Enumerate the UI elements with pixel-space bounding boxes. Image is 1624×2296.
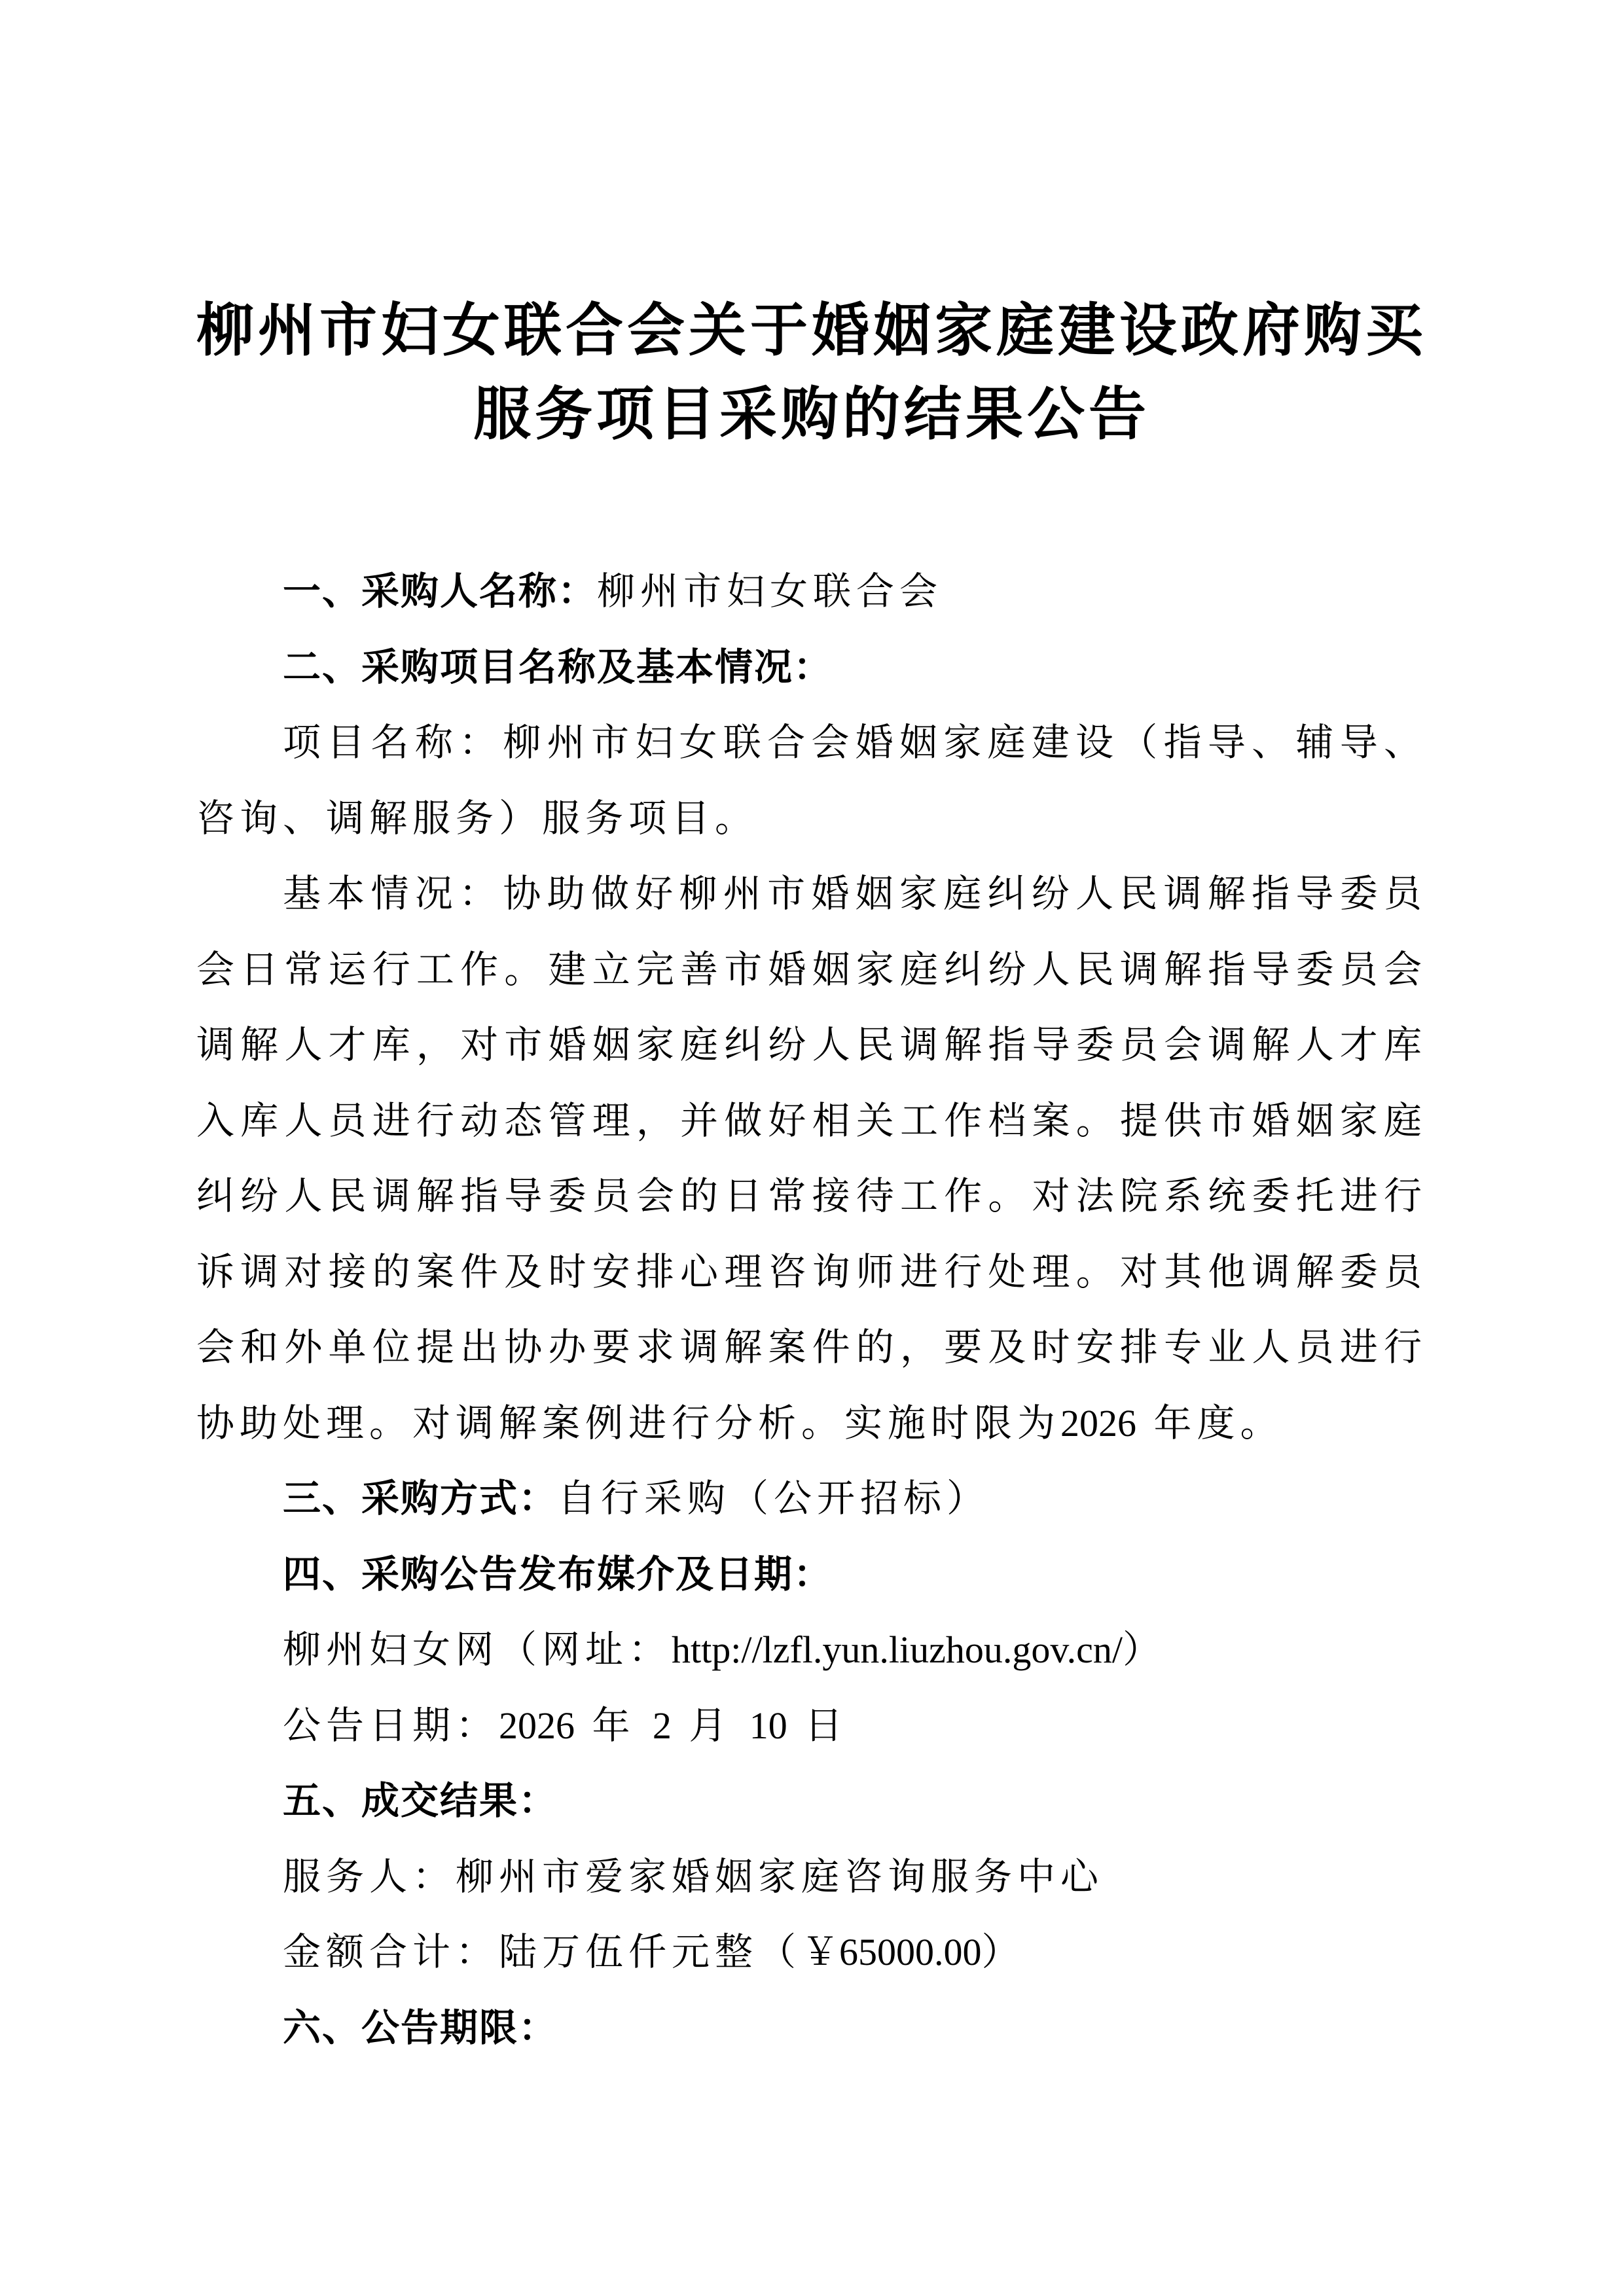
method-label: 三、采购方式： <box>283 1476 558 1520</box>
date-year: 2026 <box>499 1704 575 1747</box>
media-heading-label: 四、采购公告发布媒介及日期： <box>283 1552 833 1596</box>
provider-label: 服务人： <box>283 1854 456 1899</box>
amount-words: 陆万伍仟元整（ <box>499 1929 801 1974</box>
media-suffix: ） <box>1123 1627 1166 1672</box>
basic-info-suffix: 年度。 <box>1153 1401 1283 1445</box>
project-name-label: 项目名称： <box>283 720 503 764</box>
project-name-paragraph: 项目名称：柳州市妇女联合会婚姻家庭建设（指导、辅导、咨询、调解服务）服务项目。 <box>196 705 1427 856</box>
purchaser-value: 柳州市妇女联合会 <box>597 569 943 613</box>
date-day: 10 <box>749 1704 787 1747</box>
title-line-2: 服务项目采购的结果公告 <box>196 372 1427 456</box>
provider-paragraph: 服务人：柳州市爱家婚姻家庭咨询服务中心 <box>196 1839 1427 1915</box>
date-month: 2 <box>653 1704 672 1747</box>
date-month-unit: 月 <box>689 1703 732 1748</box>
basic-info-year: 2026 <box>1060 1402 1136 1444</box>
amount-close: ） <box>982 1929 1025 1974</box>
media-prefix: 柳州妇女网（网址： <box>283 1627 672 1672</box>
section-purchaser: 一、采购人名称：柳州市妇女联合会 <box>196 554 1427 630</box>
section-result-heading: 五、成交结果： <box>196 1763 1427 1839</box>
title-line-1: 柳州市妇女联合会关于婚姻家庭建设政府购买 <box>196 288 1427 372</box>
period-heading-label: 六、公告期限： <box>283 2005 558 2050</box>
media-paragraph: 柳州妇女网（网址：http://lzfl.yun.liuzhou.gov.cn/… <box>196 1612 1427 1688</box>
basic-info-value: 协助做好柳州市婚姻家庭纠纷人民调解指导委员会日常运行工作。建立完善市婚姻家庭纠纷… <box>196 871 1427 1445</box>
provider-value: 柳州市爱家婚姻家庭咨询服务中心 <box>456 1854 1104 1899</box>
project-heading-label: 二、采购项目名称及基本情况： <box>283 645 833 689</box>
amount-paragraph: 金额合计：陆万伍仟元整（￥65000.00） <box>196 1914 1427 1990</box>
purchaser-label: 一、采购人名称： <box>283 569 597 613</box>
date-day-unit: 日 <box>804 1703 848 1748</box>
document-page: 柳州市妇女联合会关于婚姻家庭建设政府购买 服务项目采购的结果公告 一、采购人名称… <box>0 0 1624 2296</box>
amount-label: 金额合计： <box>283 1929 499 1974</box>
method-value: 自行采购（公开招标） <box>558 1476 990 1520</box>
document-title: 柳州市妇女联合会关于婚姻家庭建设政府购买 服务项目采购的结果公告 <box>196 288 1427 456</box>
section-project-heading: 二、采购项目名称及基本情况： <box>196 630 1427 706</box>
amount-figure: ￥65000.00 <box>801 1931 982 1973</box>
result-heading-label: 五、成交结果： <box>283 1778 558 1823</box>
section-method: 三、采购方式：自行采购（公开招标） <box>196 1461 1427 1537</box>
basic-info-label: 基本情况： <box>283 871 503 916</box>
media-url-link[interactable]: http://lzfl.yun.liuzhou.gov.cn/ <box>672 1628 1123 1671</box>
section-period-heading: 六、公告期限： <box>196 1990 1427 2066</box>
date-paragraph: 公告日期：2026 年 2 月 10 日 <box>196 1688 1427 1764</box>
basic-info-paragraph: 基本情况：协助做好柳州市婚姻家庭纠纷人民调解指导委员会日常运行工作。建立完善市婚… <box>196 856 1427 1461</box>
document-body: 一、采购人名称：柳州市妇女联合会 二、采购项目名称及基本情况： 项目名称：柳州市… <box>196 554 1427 2066</box>
date-label: 公告日期： <box>283 1703 499 1748</box>
section-media-heading: 四、采购公告发布媒介及日期： <box>196 1537 1427 1613</box>
date-year-unit: 年 <box>592 1703 635 1748</box>
